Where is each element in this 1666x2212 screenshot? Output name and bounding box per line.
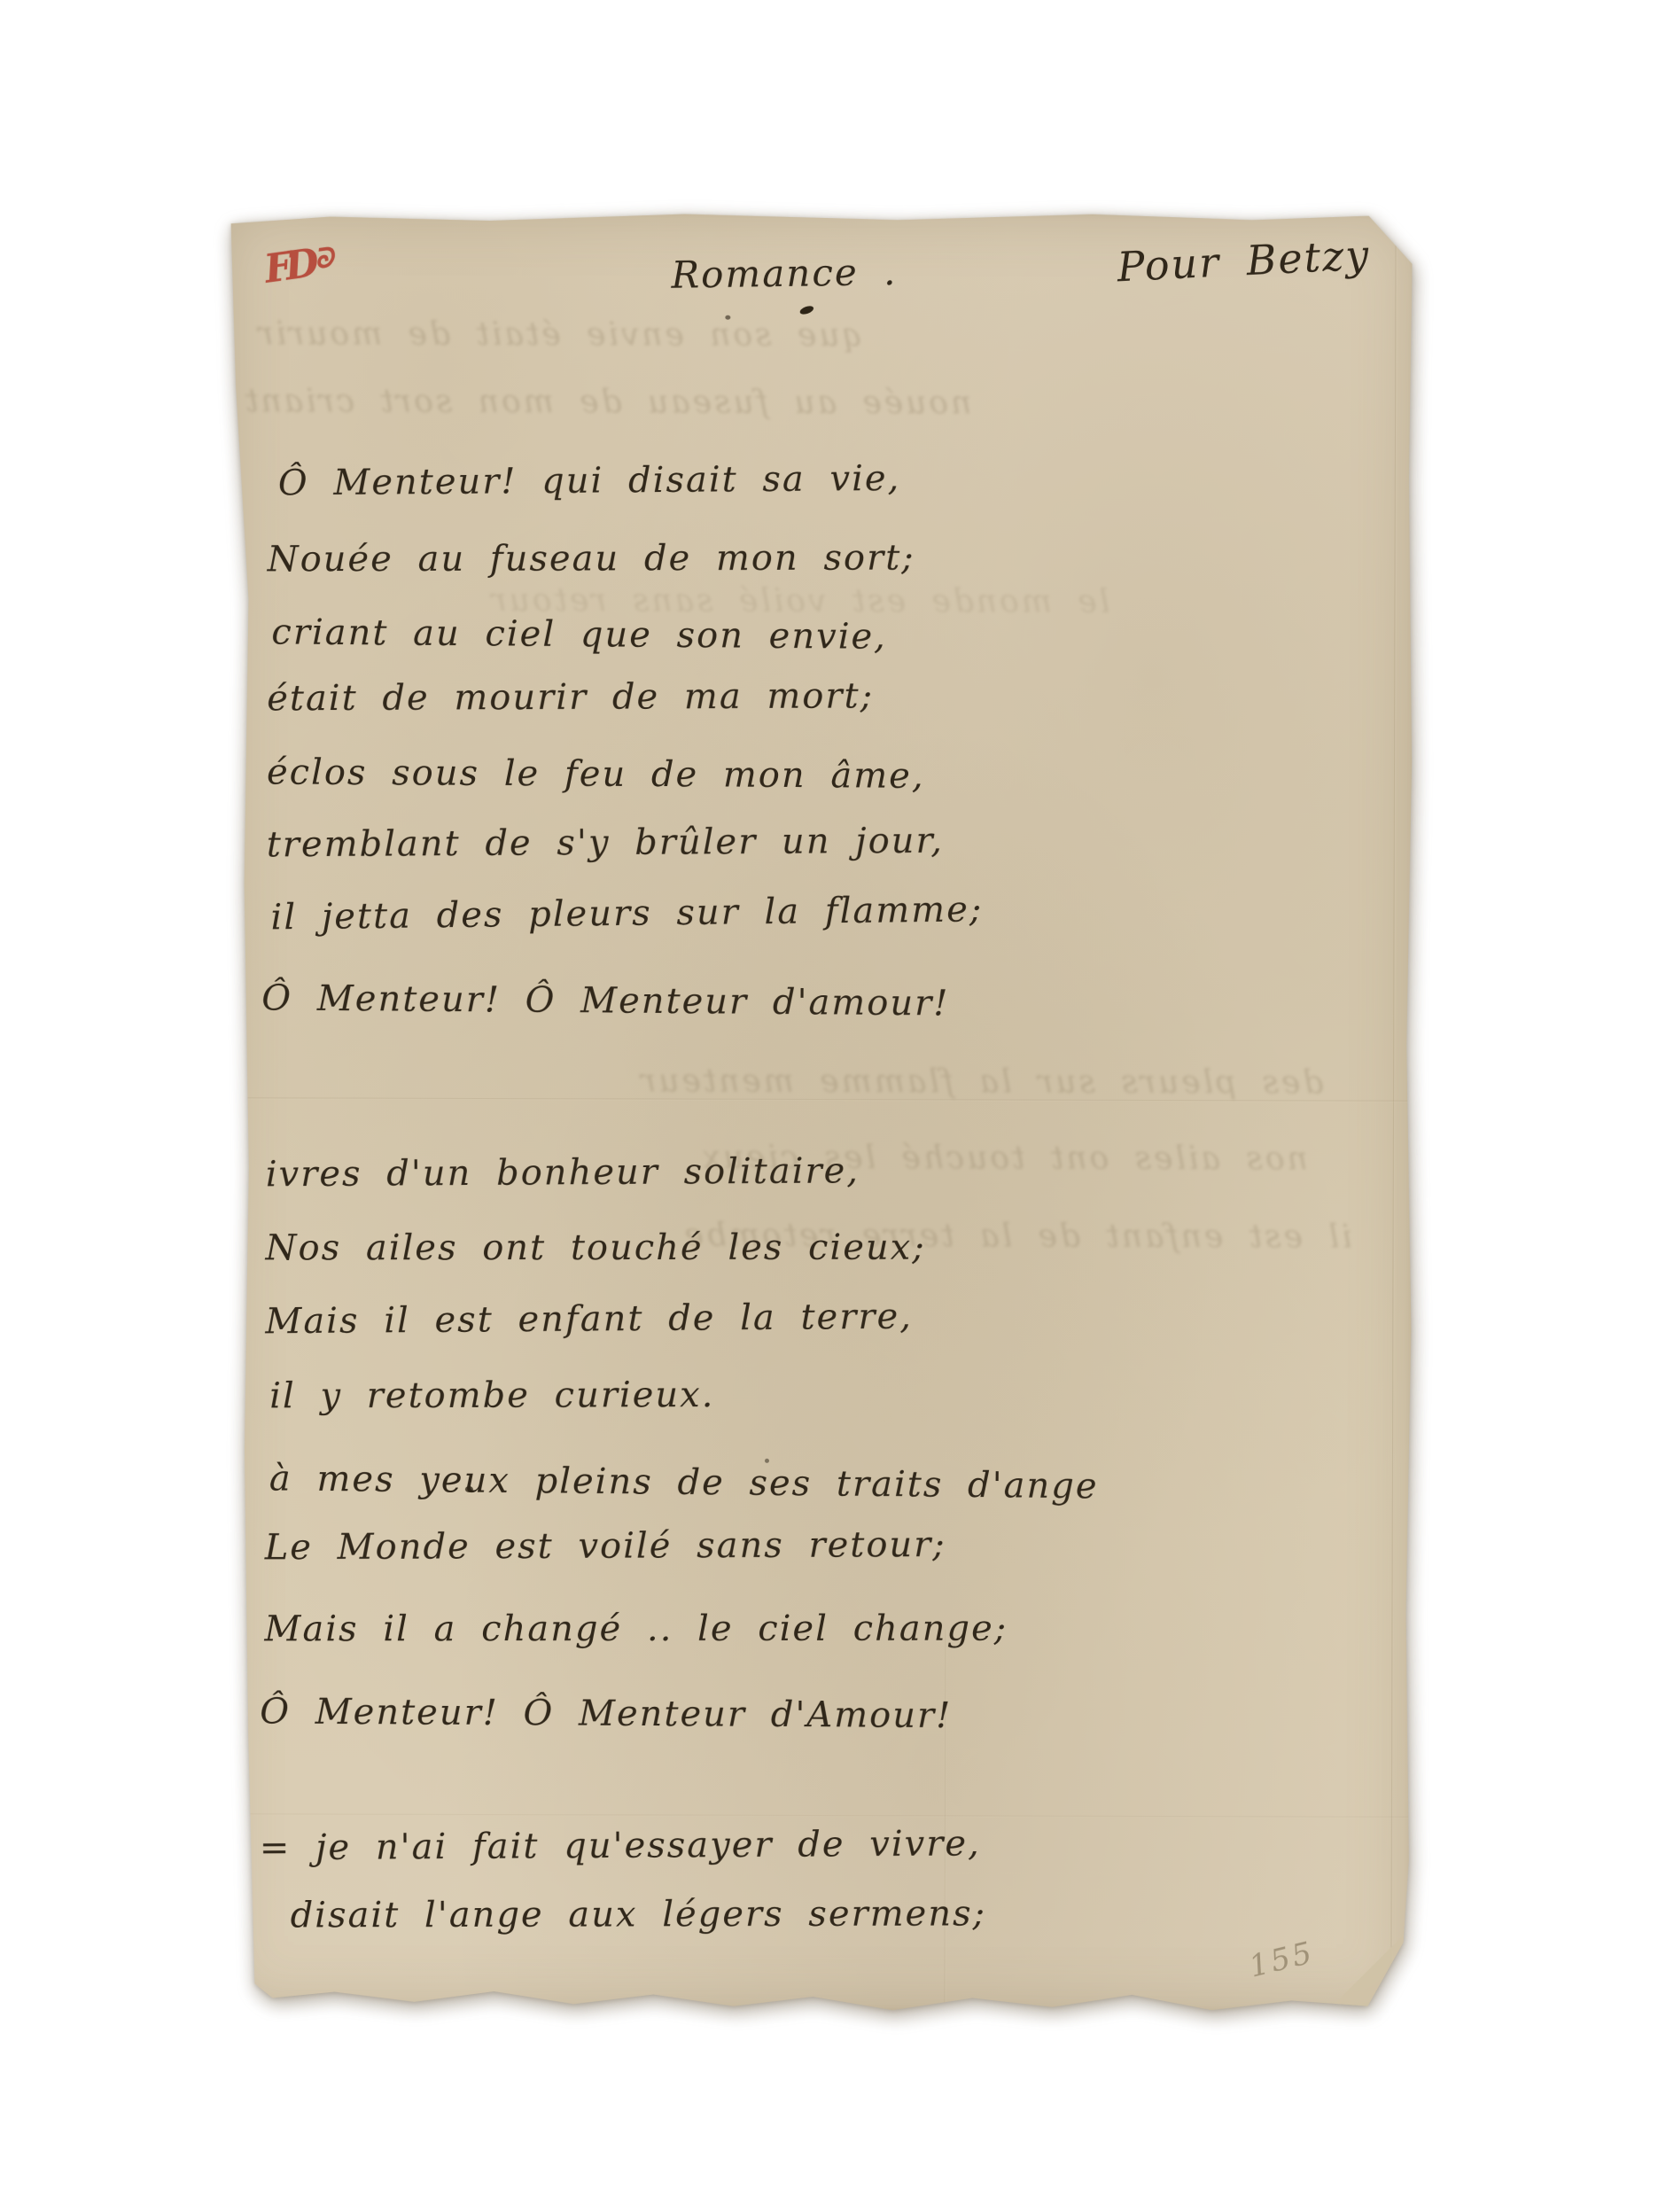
collector-stamp-icon: FD (261, 239, 326, 292)
poem-line: était de mourir de ma mort; (267, 669, 874, 725)
poem-line: Ô Menteur! Ô Menteur d'amour! (261, 971, 949, 1030)
paper-sheet: que son envie était de mourir nouée au f… (219, 209, 1415, 2013)
poem-line: Mais il est enfant de la terre, (265, 1290, 913, 1349)
folded-corner (1327, 1932, 1406, 2012)
poem-line: il jetta des pleurs sur la flamme; (270, 883, 983, 944)
ink-bleedthrough: des pleurs sur la flamme menteur (638, 1063, 1323, 1101)
poem-line: il y retombe curieux. (269, 1368, 714, 1422)
poem-line: éclos sous le feu de mon âme, (267, 745, 925, 803)
poem-line: Mais il a changé .. le ciel change; (264, 1602, 1008, 1656)
vertical-fold-crease (1390, 213, 1397, 2013)
ink-bleedthrough: que son envie était de mourir (255, 315, 862, 354)
poem-line: ivres d'un bonheur solitaire, (266, 1144, 860, 1201)
manuscript-title: Romance . (671, 250, 898, 297)
poem-line: = je n'ai fait qu'essayer de vivre, (260, 1817, 981, 1874)
poem-line: Nos ailes ont touché les cieux; (266, 1221, 926, 1275)
poem-line: Le Monde est voilé sans retour; (265, 1518, 946, 1574)
ink-speck (765, 1459, 769, 1463)
poem-line: criant au ciel que son envie, (271, 605, 887, 663)
poem-line: tremblant de s'y brûler un jour, (267, 814, 944, 872)
ink-speck (725, 315, 730, 320)
scanned-manuscript-page: que son envie était de mourir nouée au f… (0, 0, 1666, 2212)
poem-line: Ô Menteur! qui disait sa vie, (278, 452, 901, 510)
poem-line: Nouée au fuseau de mon sort; (268, 531, 915, 586)
paper-sheet-wrapper: que son envie était de mourir nouée au f… (219, 209, 1415, 2013)
poem-line: disait l'ange aux légers sermens; (291, 1887, 987, 1942)
ink-speck (465, 1486, 473, 1492)
title-flourish (798, 304, 814, 315)
dedication: Pour Betzy (1116, 230, 1371, 291)
pencil-page-number: 155 (1246, 1935, 1318, 1985)
poem-line: Ô Menteur! Ô Menteur d'Amour! (260, 1685, 952, 1742)
ink-bleedthrough: nouée au fuseau de mon sort criant (243, 383, 971, 421)
poem-line: à mes yeux pleins de ses traits d'ange (269, 1452, 1099, 1513)
